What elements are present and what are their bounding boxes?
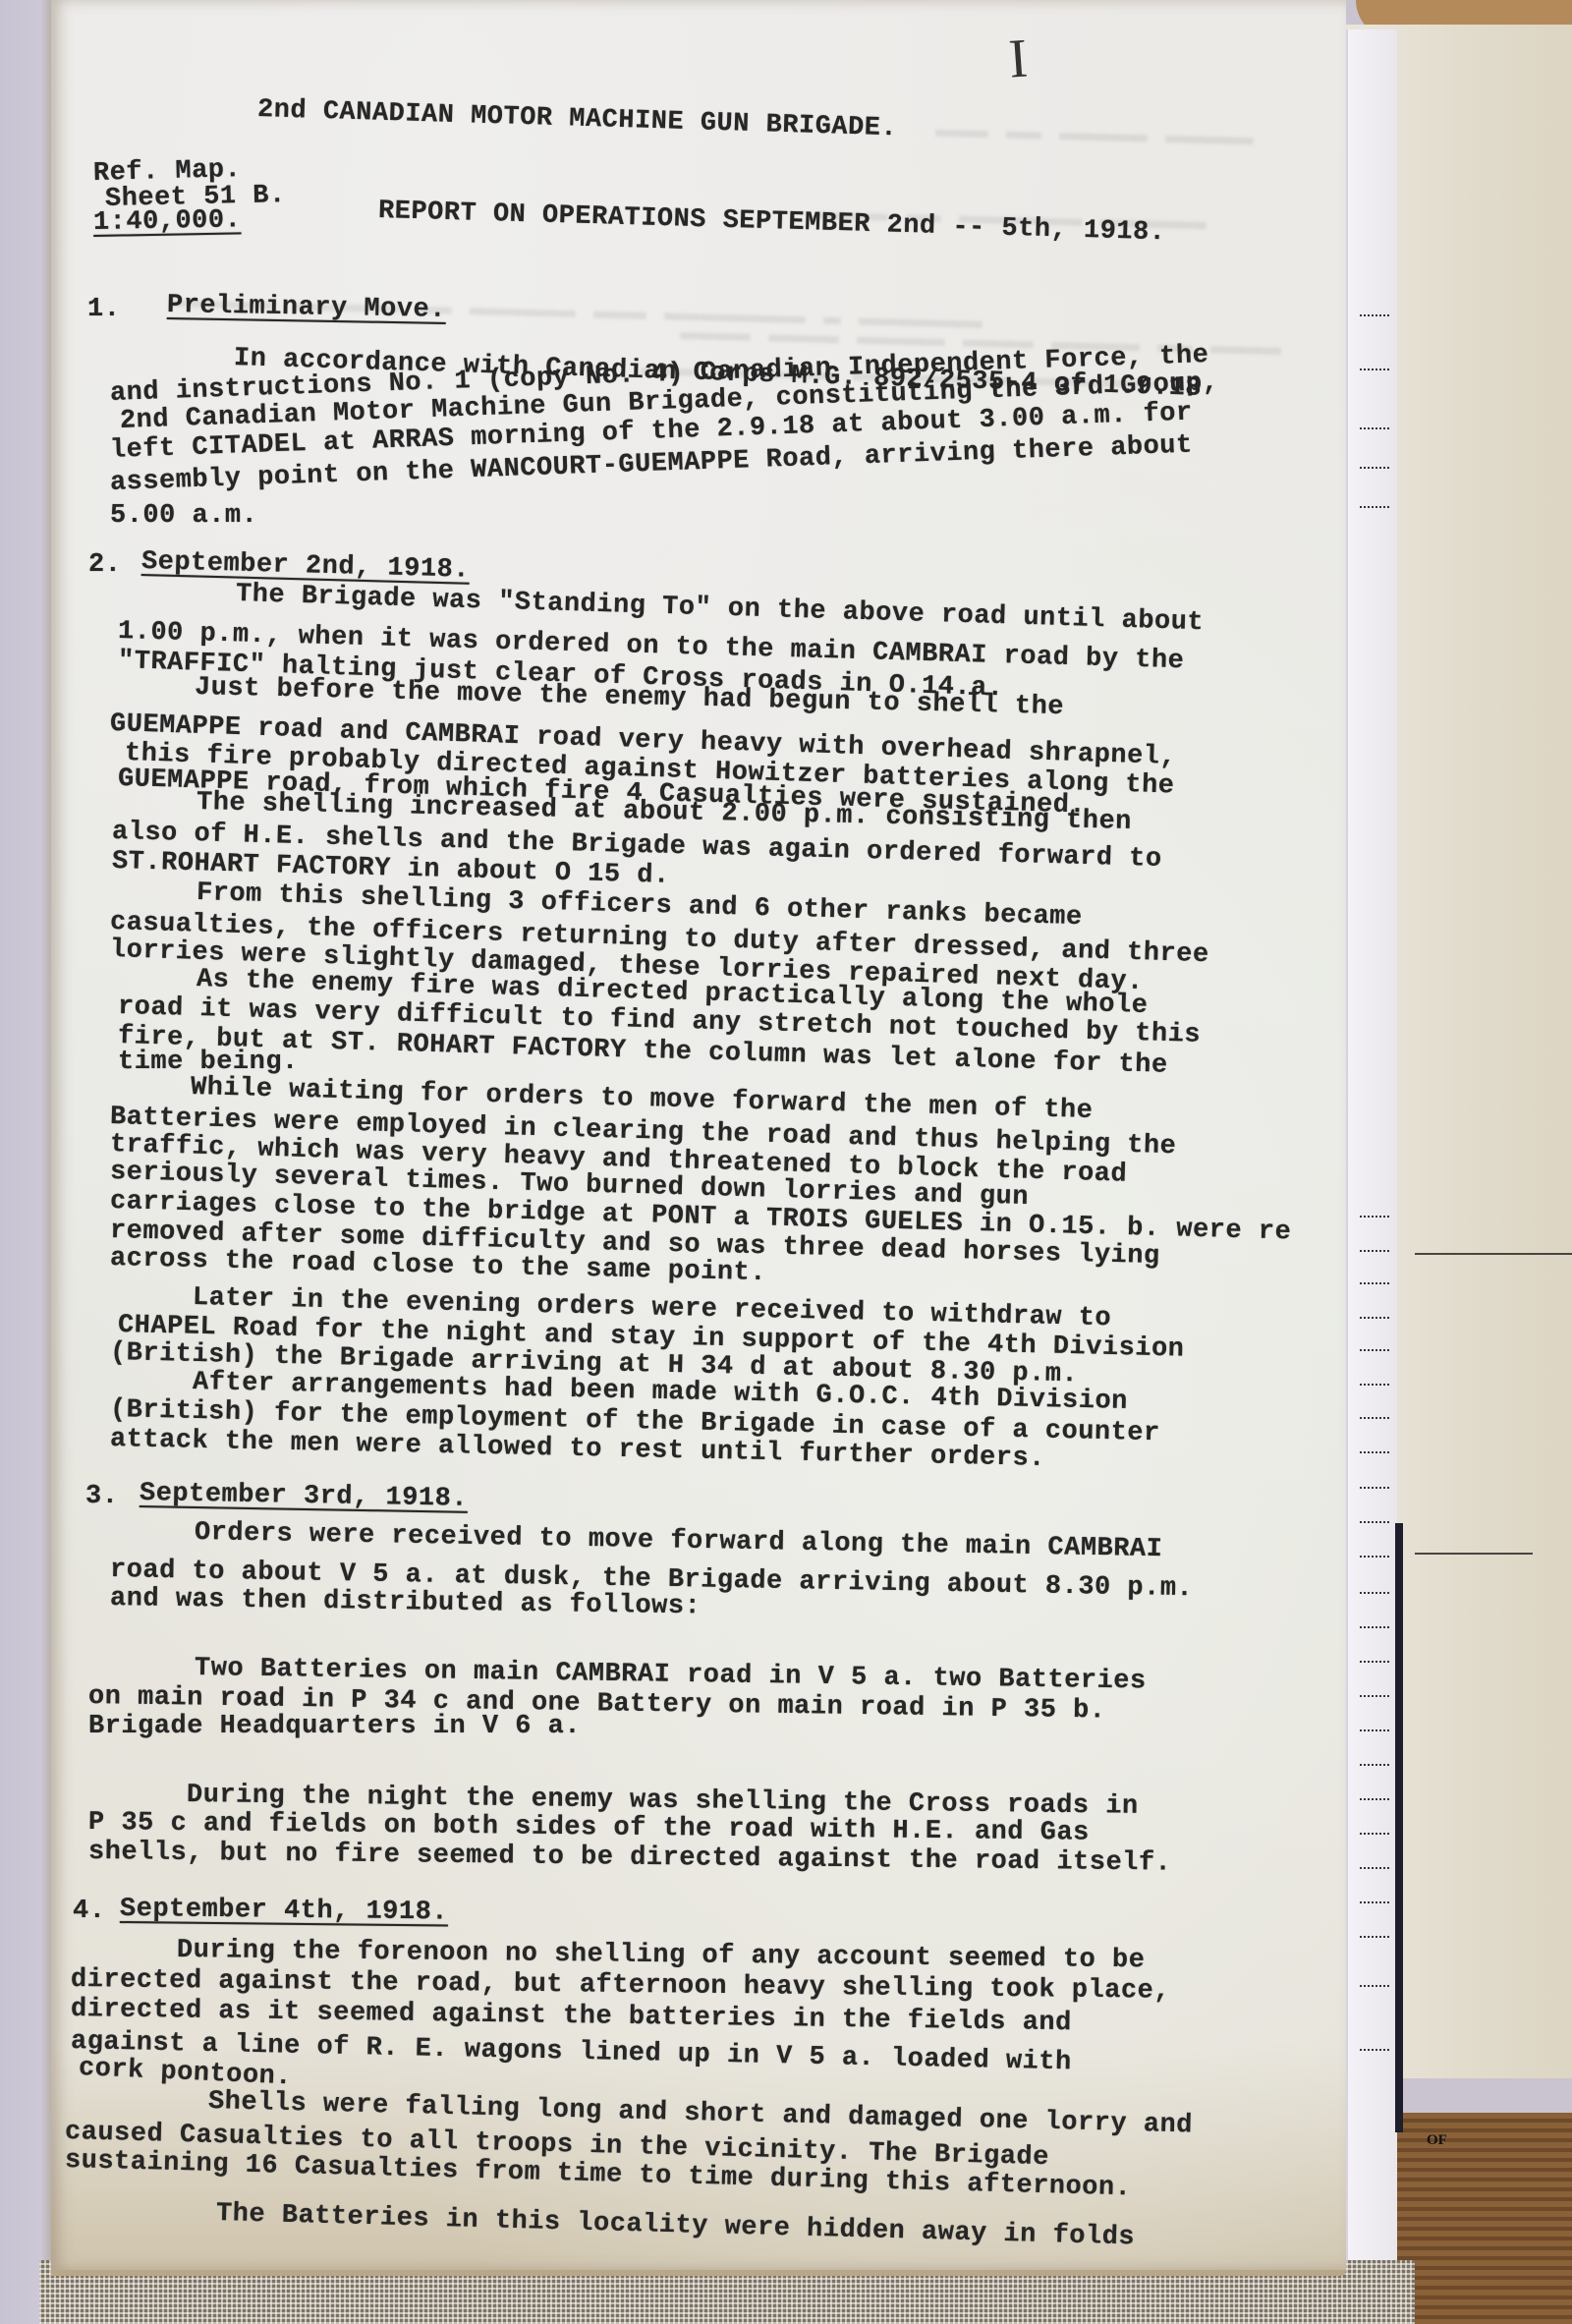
dotted-line xyxy=(1360,1384,1389,1388)
paper-tear xyxy=(1415,1553,1533,1555)
dotted-line xyxy=(1360,1417,1389,1421)
dotted-line xyxy=(1360,1592,1389,1596)
dotted-line xyxy=(1360,1317,1389,1321)
dotted-line xyxy=(1360,506,1389,510)
inserted-form-page xyxy=(1346,29,1397,2299)
dotted-line xyxy=(1360,1282,1389,1286)
section-heading: September 4th, 1918. xyxy=(120,1895,448,1927)
dotted-line xyxy=(1360,1451,1389,1455)
section-number: 4. xyxy=(73,1897,105,1926)
report-title: REPORT ON OPERATIONS SEPTEMBER 2nd -- 5t… xyxy=(378,197,1166,248)
dotted-line xyxy=(1360,467,1389,471)
folder-edge xyxy=(1395,1523,1403,2132)
dotted-line xyxy=(1360,1661,1389,1665)
dotted-line xyxy=(1360,1216,1389,1219)
dotted-line xyxy=(1360,1985,1389,1989)
dotted-line xyxy=(1360,1833,1389,1837)
dotted-line xyxy=(1360,427,1389,431)
page-number-mark: I xyxy=(1007,27,1030,90)
dotted-line xyxy=(1360,368,1389,372)
section-number: 3. xyxy=(85,1482,118,1511)
dotted-line xyxy=(1360,1729,1389,1733)
dotted-line xyxy=(1360,2049,1389,2053)
dotted-line xyxy=(1360,1798,1389,1802)
dotted-line xyxy=(1360,1626,1389,1630)
section-heading: September 2nd, 1918. xyxy=(141,547,471,586)
dotted-line xyxy=(1360,1521,1389,1525)
dotted-line xyxy=(1360,1556,1389,1559)
unit-title: 2nd CANADIAN MOTOR MACHINE GUN BRIGADE. xyxy=(257,95,898,143)
left-background xyxy=(0,0,51,2324)
dotted-line xyxy=(1360,1901,1389,1905)
dotted-line xyxy=(1360,1936,1389,1940)
text-line: Brigade Headquarters in V 6 a. xyxy=(88,1712,581,1741)
text-line: Orders were received to move forward alo… xyxy=(195,1518,1163,1564)
dotted-line xyxy=(1360,1764,1389,1768)
bleed-through-text: ▬▬▬ ▬▬ ▬▬▬▬▬ ▬▬▬▬▬ xyxy=(935,114,1255,155)
text-line: The Batteries in this locality were hidd… xyxy=(216,2199,1136,2252)
section-number: 2. xyxy=(88,550,121,580)
section-heading: Preliminary Move. xyxy=(167,291,446,325)
text-line: 5.00 a.m. xyxy=(110,501,257,531)
section-heading: September 3rd, 1918. xyxy=(140,1479,469,1514)
document-page: ▬▬▬ ▬▬ ▬▬▬▬▬ ▬▬▬▬▬ ▬▬▬▬ ▬▬ ▬▬▬▬▬▬▬ ▬▬▬▬▬… xyxy=(51,0,1346,2276)
insert-page-label: OF xyxy=(1427,2132,1447,2149)
section-number: 1. xyxy=(87,295,120,324)
dotted-line xyxy=(1360,1250,1389,1254)
dotted-line xyxy=(1360,314,1389,318)
dotted-line xyxy=(1360,1695,1389,1699)
dotted-line xyxy=(1360,1487,1389,1491)
ref-map-scale: 1:40,000. xyxy=(93,205,242,238)
dotted-line xyxy=(1360,1867,1389,1871)
desk-surface-bottom xyxy=(1395,2113,1572,2324)
paper-tear xyxy=(1415,1253,1572,1255)
dotted-line xyxy=(1360,1349,1389,1353)
